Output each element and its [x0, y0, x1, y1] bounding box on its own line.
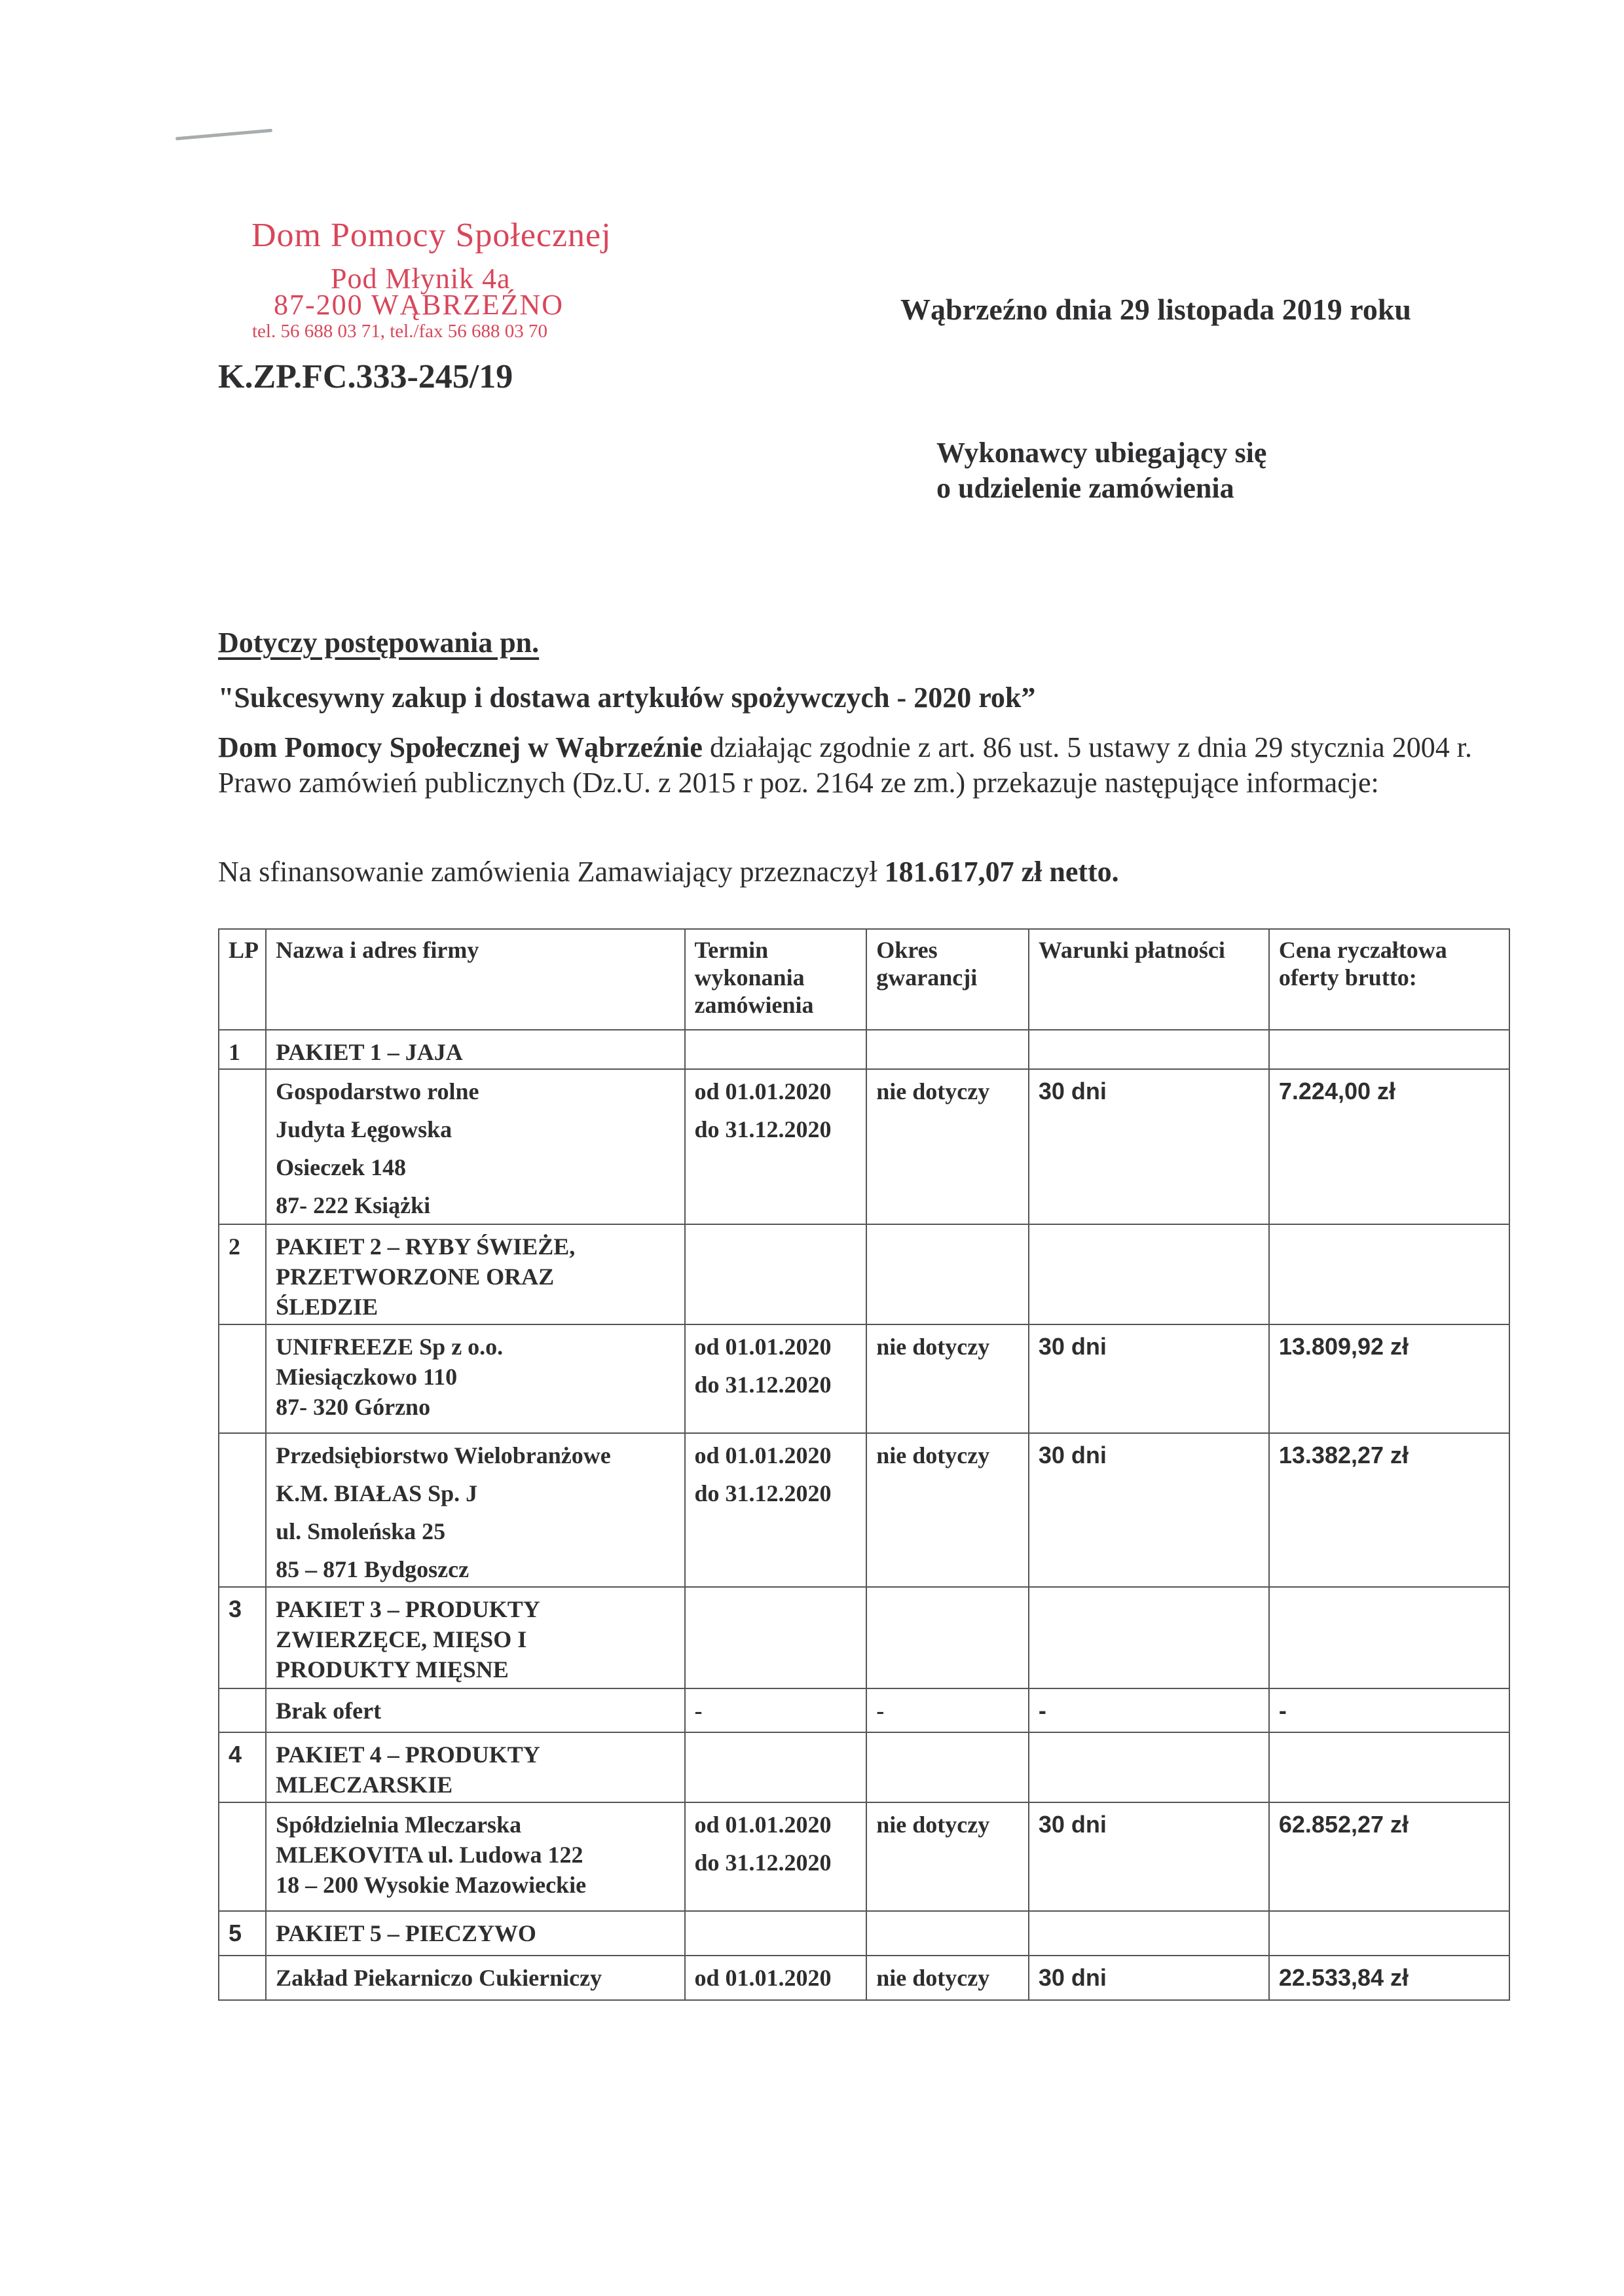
header-price: Cena ryczałtowa oferty brutto:: [1269, 929, 1509, 1030]
offer-row: Przedsiębiorstwo WielobranżoweK.M. BIAŁA…: [219, 1433, 1509, 1587]
cell-name: Przedsiębiorstwo WielobranżoweK.M. BIAŁA…: [266, 1433, 684, 1587]
offer-row: Zakład Piekarniczo Cukierniczyod 01.01.2…: [219, 1956, 1509, 2000]
offer-row: Brak ofert----: [219, 1688, 1509, 1732]
scan-mark: [175, 129, 272, 141]
cell-name-line: Przedsiębiorstwo Wielobranżowe: [276, 1440, 674, 1470]
cell-name: Brak ofert: [266, 1688, 684, 1732]
cell-term-line: od 01.01.2020: [695, 1076, 857, 1106]
package-row: 1PAKIET 1 – JAJA: [219, 1030, 1509, 1069]
cell-payment: 30 dni: [1029, 1324, 1269, 1433]
cell-price: [1269, 1587, 1509, 1688]
cell-payment: [1029, 1587, 1269, 1688]
stamp-line-phone: tel. 56 688 03 71, tel./fax 56 688 03 70: [252, 321, 547, 342]
org-name: Dom Pomocy Społecznej w Wąbrzeźnie: [218, 731, 703, 763]
procurement-title: "Sukcesywny zakup i dostawa artykułów sp…: [218, 681, 1035, 714]
cell-term: od 01.01.2020do 31.12.2020: [685, 1324, 867, 1433]
header-payment: Warunki płatności: [1029, 929, 1269, 1030]
cell-payment: 30 dni: [1029, 1802, 1269, 1911]
funding-amount: 181.617,07 zł netto.: [885, 856, 1119, 888]
cell-price: -: [1269, 1688, 1509, 1732]
cell-name-line: 18 – 200 Wysokie Mazowieckie: [276, 1870, 674, 1900]
stamp-line-org: Dom Pomocy Społecznej: [251, 216, 612, 255]
cell-warranty: nie dotyczy: [866, 1433, 1029, 1587]
package-row: 5PAKIET 5 – PIECZYWO: [219, 1911, 1509, 1956]
subject-label: Dotyczy postępowania pn.: [218, 626, 539, 659]
cell-lp: [219, 1433, 266, 1587]
cell-price: [1269, 1224, 1509, 1324]
cell-name: PAKIET 1 – JAJA: [266, 1030, 684, 1069]
cell-name: UNIFREEZE Sp z o.o.Miesiączkowo 11087- 3…: [266, 1324, 684, 1433]
body-paragraph: Dom Pomocy Społecznej w Wąbrzeźnie dział…: [218, 730, 1472, 801]
cell-payment: 30 dni: [1029, 1956, 1269, 2000]
reference-number: K.ZP.FC.333-245/19: [218, 357, 513, 396]
package-row: 4PAKIET 4 – PRODUKTYMLECZARSKIE: [219, 1732, 1509, 1802]
cell-lp: [219, 1069, 266, 1224]
header-term: Termin wykonania zamówienia: [685, 929, 867, 1030]
cell-warranty: [866, 1911, 1029, 1956]
cell-warranty: nie dotyczy: [866, 1802, 1029, 1911]
cell-term-line: od 01.01.2020: [695, 1963, 857, 1993]
cell-warranty: nie dotyczy: [866, 1956, 1029, 2000]
cell-price: 7.224,00 zł: [1269, 1069, 1509, 1224]
cell-payment: [1029, 1224, 1269, 1324]
cell-lp: 3: [219, 1587, 266, 1688]
cell-term: od 01.01.2020: [685, 1956, 867, 2000]
cell-name-line: K.M. BIAŁAS Sp. J: [276, 1478, 674, 1508]
cell-name-line: Spółdzielnia Mleczarska: [276, 1810, 674, 1840]
cell-payment: [1029, 1911, 1269, 1956]
cell-name: Zakład Piekarniczo Cukierniczy: [266, 1956, 684, 2000]
package-row: 3PAKIET 3 – PRODUKTYZWIERZĘCE, MIĘSO IPR…: [219, 1587, 1509, 1688]
cell-price: [1269, 1732, 1509, 1802]
cell-warranty: nie dotyczy: [866, 1324, 1029, 1433]
cell-term: [685, 1911, 867, 1956]
cell-price: 13.382,27 zł: [1269, 1433, 1509, 1587]
cell-payment: [1029, 1732, 1269, 1802]
cell-term-line: do 31.12.2020: [695, 1370, 857, 1400]
cell-price: 13.809,92 zł: [1269, 1324, 1509, 1433]
cell-name: PAKIET 2 – RYBY ŚWIEŻE,PRZETWORZONE ORAZ…: [266, 1224, 684, 1324]
cell-name-line: MLEKOVITA ul. Ludowa 122: [276, 1840, 674, 1870]
cell-name-line: PAKIET 4 – PRODUKTY: [276, 1740, 674, 1770]
offer-row: Gospodarstwo rolneJudyta ŁęgowskaOsiecze…: [219, 1069, 1509, 1224]
cell-name-line: 87- 222 Książki: [276, 1190, 674, 1220]
addressee-line-1: Wykonawcy ubiegający się: [936, 436, 1266, 469]
cell-lp: [219, 1688, 266, 1732]
cell-name-line: Judyta Łęgowska: [276, 1114, 674, 1144]
cell-name: PAKIET 3 – PRODUKTYZWIERZĘCE, MIĘSO IPRO…: [266, 1587, 684, 1688]
cell-term: od 01.01.2020do 31.12.2020: [685, 1433, 867, 1587]
cell-payment: -: [1029, 1688, 1269, 1732]
document-date: Wąbrzeźno dnia 29 listopada 2019 roku: [900, 292, 1411, 327]
cell-name: PAKIET 4 – PRODUKTYMLECZARSKIE: [266, 1732, 684, 1802]
cell-name: Gospodarstwo rolneJudyta ŁęgowskaOsiecze…: [266, 1069, 684, 1224]
cell-name-line: ZWIERZĘCE, MIĘSO I: [276, 1624, 674, 1654]
cell-lp: 5: [219, 1911, 266, 1956]
offer-row: Spółdzielnia MleczarskaMLEKOVITA ul. Lud…: [219, 1802, 1509, 1911]
cell-name-line: PAKIET 2 – RYBY ŚWIEŻE,: [276, 1231, 674, 1262]
cell-name-line: ŚLEDZIE: [276, 1292, 674, 1322]
cell-warranty: [866, 1732, 1029, 1802]
cell-name-line: Zakład Piekarniczo Cukierniczy: [276, 1963, 674, 1993]
cell-term: od 01.01.2020do 31.12.2020: [685, 1802, 867, 1911]
funding-statement: Na sfinansowanie zamówienia Zamawiający …: [218, 855, 1119, 888]
cell-price: [1269, 1030, 1509, 1069]
cell-name-line: PRODUKTY MIĘSNE: [276, 1654, 674, 1685]
cell-price: 22.533,84 zł: [1269, 1956, 1509, 2000]
addressee-line-2: o udzielenie zamówienia: [936, 471, 1234, 505]
cell-payment: 30 dni: [1029, 1069, 1269, 1224]
header-warranty: Okres gwarancji: [866, 929, 1029, 1030]
cell-term-line: do 31.12.2020: [695, 1478, 857, 1508]
cell-name-line: 85 – 871 Bydgoszcz: [276, 1554, 674, 1584]
header-name: Nazwa i adres firmy: [266, 929, 684, 1030]
stamp-line-city: 87-200 WĄBRZEŹNO: [274, 288, 564, 321]
funding-prefix: Na sfinansowanie zamówienia Zamawiający …: [218, 856, 885, 888]
cell-name-line: Osieczek 148: [276, 1152, 674, 1182]
cell-warranty: [866, 1224, 1029, 1324]
offers-table: LP Nazwa i adres firmy Termin wykonania …: [218, 928, 1510, 2001]
cell-term: [685, 1732, 867, 1802]
cell-warranty: [866, 1587, 1029, 1688]
cell-payment: [1029, 1030, 1269, 1069]
cell-warranty: [866, 1030, 1029, 1069]
cell-name-line: PAKIET 3 – PRODUKTY: [276, 1594, 674, 1624]
cell-term-line: do 31.12.2020: [695, 1848, 857, 1878]
cell-name-line: ul. Smoleńska 25: [276, 1516, 674, 1546]
cell-term-line: -: [695, 1696, 857, 1726]
cell-term-line: od 01.01.2020: [695, 1810, 857, 1840]
cell-name-line: PRZETWORZONE ORAZ: [276, 1262, 674, 1292]
table-header-row: LP Nazwa i adres firmy Termin wykonania …: [219, 929, 1509, 1030]
cell-name-line: Miesiączkowo 110: [276, 1362, 674, 1392]
cell-lp: [219, 1324, 266, 1433]
cell-name-line: PAKIET 5 – PIECZYWO: [276, 1918, 674, 1948]
cell-name-line: PAKIET 1 – JAJA: [276, 1037, 674, 1067]
cell-name-line: 87- 320 Górzno: [276, 1392, 674, 1422]
cell-lp: [219, 1956, 266, 2000]
cell-lp: 1: [219, 1030, 266, 1069]
cell-name: Spółdzielnia MleczarskaMLEKOVITA ul. Lud…: [266, 1802, 684, 1911]
cell-warranty: nie dotyczy: [866, 1069, 1029, 1224]
cell-term: [685, 1030, 867, 1069]
cell-name-line: MLECZARSKIE: [276, 1770, 674, 1800]
cell-payment: 30 dni: [1029, 1433, 1269, 1587]
offer-row: UNIFREEZE Sp z o.o.Miesiączkowo 11087- 3…: [219, 1324, 1509, 1433]
cell-lp: 4: [219, 1732, 266, 1802]
cell-term: od 01.01.2020do 31.12.2020: [685, 1069, 867, 1224]
cell-lp: [219, 1802, 266, 1911]
cell-lp: 2: [219, 1224, 266, 1324]
header-lp: LP: [219, 929, 266, 1030]
cell-term-line: od 01.01.2020: [695, 1440, 857, 1470]
cell-name-line: UNIFREEZE Sp z o.o.: [276, 1332, 674, 1362]
cell-price: [1269, 1911, 1509, 1956]
cell-term: [685, 1587, 867, 1688]
cell-term: -: [685, 1688, 867, 1732]
cell-price: 62.852,27 zł: [1269, 1802, 1509, 1911]
cell-name-line: Brak ofert: [276, 1696, 674, 1726]
cell-warranty: -: [866, 1688, 1029, 1732]
cell-name: PAKIET 5 – PIECZYWO: [266, 1911, 684, 1956]
cell-name-line: Gospodarstwo rolne: [276, 1076, 674, 1106]
cell-term: [685, 1224, 867, 1324]
cell-term-line: do 31.12.2020: [695, 1114, 857, 1144]
package-row: 2PAKIET 2 – RYBY ŚWIEŻE,PRZETWORZONE ORA…: [219, 1224, 1509, 1324]
cell-term-line: od 01.01.2020: [695, 1332, 857, 1362]
